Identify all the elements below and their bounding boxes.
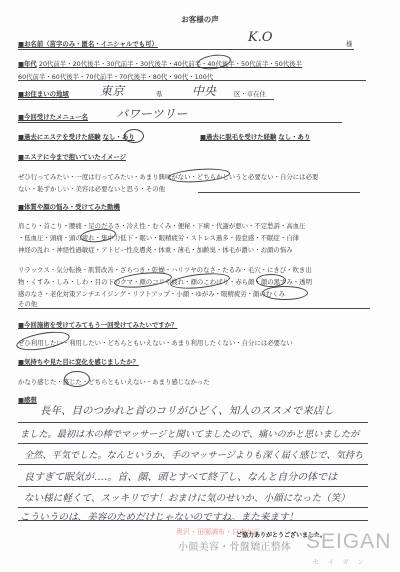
page-title: お客様の声 <box>0 14 400 25</box>
esthetic-image-label: ■エステに今まで抱いていたイメージ <box>18 153 126 161</box>
survey-sheet: お客様の声 ■お名前（苗字のみ・匿名・イニシャルでも可） K.O 様 ■年代 2… <box>0 0 400 572</box>
age-row: ■年代 20代前半・20代後半・30代前半・30代後半・40代前半・40代後半・… <box>18 60 302 68</box>
esthetic-experience-row: ■過去にエステを受けた経験 なし・あり <box>18 133 135 141</box>
region-label: ■お住まいの地域 <box>18 90 69 98</box>
impressions-line-1: 長年、目のつかれと首のコリがひどく、知人のススメで来店し <box>40 403 334 418</box>
esthetic-experience-label: ■過去にエステを受けた経験 <box>18 133 101 141</box>
region-underline <box>18 99 274 100</box>
esthetic-image-row: ■エステに今まで抱いていたイメージ <box>18 153 126 161</box>
impressions-rule-5 <box>18 507 368 508</box>
impressions-line-3: 全然、平気でした。なんというか、手のマッサージよりも深く届く感じで、気持ち <box>24 447 363 461</box>
age-selection-circle <box>196 53 232 72</box>
repeat-circle <box>15 328 71 353</box>
repeat-label: ■今回施術を受けてみてもう一回受けてみたいですか？ <box>18 321 177 329</box>
prefecture-suffix: 県 <box>156 90 162 98</box>
concerns-face-other: その他 <box>18 300 37 308</box>
city-suffix: 区・市在住 <box>234 90 266 98</box>
impressions-row: ■感想 <box>18 396 37 404</box>
impressions-line-4: 良すぎて眠気が‥‥。首、顔、頭とすべて終了し、なんと自分の体では <box>24 468 337 483</box>
esthetic-image-options-line2: ない・恥ずかしい・美容は必要ないと思う・その他 <box>18 185 165 193</box>
impressions-rule-1 <box>18 422 368 423</box>
age-options-line1: 20代前半・20代後半・30代前半・30代後半・40代前半・40代後半・50代前… <box>39 60 302 68</box>
esthetic-image-other-line <box>198 192 360 193</box>
concerns-face-circle-4 <box>262 286 308 300</box>
change-options: かなり感じた・感じた・どちらともいえない・あまり感じなかった <box>18 378 210 386</box>
name-value: K.O <box>248 30 273 45</box>
menu-row: ■今回受けたメニュー名 <box>18 113 88 121</box>
prefecture-value: 東京 <box>100 82 124 99</box>
impressions-rule-2 <box>18 443 368 444</box>
esthetic-experience-circle <box>124 129 144 143</box>
concerns-body-line1: 肩こり・首こり・腰痛・足のだるさ・冷え性・むくみ・便秘・下痢・代謝が悪い・不定愁… <box>18 222 306 230</box>
age-underline <box>18 80 366 81</box>
name-suffix: 様 <box>346 40 352 48</box>
hair-removal-label: ■過去に脱毛を受けた経験 <box>200 133 276 141</box>
impressions-rule-3 <box>18 464 368 465</box>
concerns-row: ■体質や顔の悩み・受けてみた動機 <box>18 203 120 211</box>
name-label: ■お名前（苗字のみ・匿名・イニシャルでも可） <box>18 40 158 48</box>
name-underline <box>18 49 354 50</box>
brand-kana: セイガン <box>313 557 373 566</box>
concerns-body-line2: ・低血圧・頭痛・頭の疲れ・集中力低下・眠い・眼精疲労・ストレス過多・倦怠感・不眠… <box>18 234 299 242</box>
region-row: ■お住まいの地域 <box>18 90 69 98</box>
impressions-label: ■感想 <box>18 396 37 404</box>
menu-value: パワーツリー <box>116 105 188 122</box>
impressions-rule-4 <box>18 486 368 487</box>
repeat-row: ■今回施術を受けてみてもう一回受けてみたいですか？ <box>18 321 177 329</box>
concerns-label: ■体質や顔の悩み・受けてみた動機 <box>18 203 120 211</box>
change-row: ■気持ちや見た目に変化を感じましたか？ <box>18 358 139 366</box>
concerns-face-line3: 感のなさ・老化対策アンチエイジング・リフトアップ・小顔・ゆがみ・眼精疲労・顔のむ… <box>18 290 285 298</box>
watermark-services: 小顔美容・骨盤矯正整体 <box>178 538 291 553</box>
menu-underline <box>18 122 342 123</box>
name-row: ■お名前（苗字のみ・匿名・イニシャルでも可） <box>18 40 158 48</box>
change-circle <box>64 371 90 387</box>
concerns-body-line3: 神経の乱れ・神経性過敏症・アトピー性皮膚炎・体重・薄毛・加齢臭・体毛が濃い・お顔… <box>18 246 293 254</box>
hair-removal-options: なし・あり <box>278 133 310 141</box>
impressions-line-5: ない様に軽くて、スッキリです！おまけに気のせいか、小顔になった（笑） <box>24 490 350 504</box>
impressions-rule-6 <box>18 520 368 521</box>
brand-logo: SEIGAN <box>306 530 391 554</box>
change-label: ■気持ちや見た目に変化を感じましたか？ <box>18 358 139 366</box>
city-value: 中央 <box>192 82 216 99</box>
impressions-line-2: ました。最初は木の棒でマッサージと聞いてましたので、痛いのかと思いましたが <box>20 426 359 440</box>
esthetic-image-circle <box>168 167 231 184</box>
concerns-other-line <box>18 308 370 309</box>
hair-removal-row: ■過去に脱毛を受けた経験 なし・あり <box>200 133 310 141</box>
age-label: ■年代 <box>18 60 37 68</box>
menu-label: ■今回受けたメニュー名 <box>18 113 88 121</box>
